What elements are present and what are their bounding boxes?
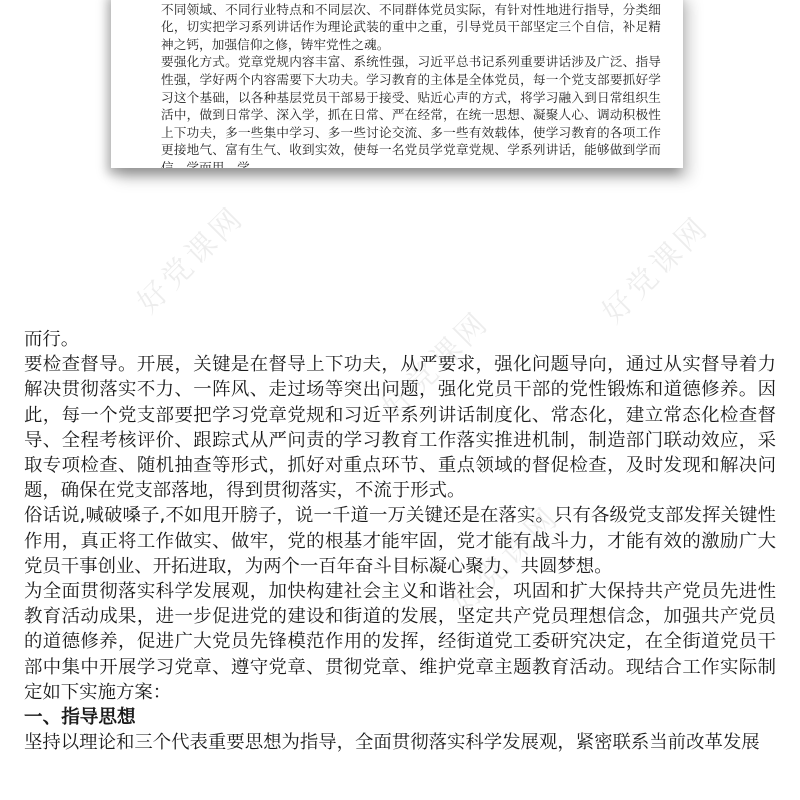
body-paragraph: 而行。	[24, 327, 776, 352]
preview-paragraph: 要强化方式。党章党规内容丰富、系统性强，习近平总书记系列重要讲话涉及广泛、指导性…	[161, 53, 661, 168]
body-paragraph: 俗话说,喊破嗓子,不如甩开膀子，说一千道一万关键还是在落实。只有各级党支部发挥关…	[24, 503, 776, 579]
document-body: 而行。 要检查督导。开展，关键是在督导上下功夫，从严要求，强化问题导向，通过从实…	[24, 327, 776, 755]
body-paragraph: 坚持以理论和三个代表重要思想为指导，全面贯彻落实科学发展观，紧密联系当前改革发展	[24, 730, 776, 755]
body-paragraph: 要检查督导。开展，关键是在督导上下功夫，从严要求，强化问题导向，通过从实督导着力…	[24, 352, 776, 503]
watermark: 好党课网	[125, 194, 252, 321]
document-preview-text: 个关键少数，持续用力，又要注重广大党员的接受能力，因材施教。每一个党支部要根据不…	[161, 0, 661, 168]
document-preview-card: 个关键少数，持续用力，又要注重广大党员的接受能力，因材施教。每一个党支部要根据不…	[111, 0, 683, 168]
section-heading: 一、指导思想	[24, 705, 776, 730]
watermark: 好党课网	[590, 204, 717, 331]
body-paragraph: 为全面贯彻落实科学发展观，加快构建社会主义和谐社会，巩固和扩大保持共产党员先进性…	[24, 579, 776, 705]
preview-paragraph: 个关键少数，持续用力，又要注重广大党员的接受能力，因材施教。每一个党支部要根据不…	[161, 0, 661, 53]
